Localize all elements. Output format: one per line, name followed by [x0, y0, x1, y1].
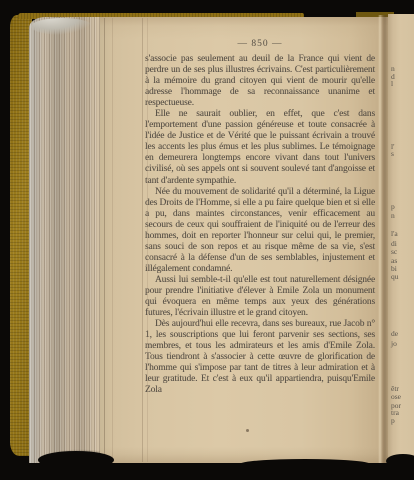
facing-page-text-fragment: ose — [391, 393, 401, 401]
paragraph: Dès aujourd'hui elle recevra, dans ses b… — [145, 319, 375, 396]
open-book-page: — 850 — s'associe pas seulement au deuil… — [100, 17, 390, 463]
page-edge-line — [147, 18, 148, 462]
facing-page-text-fragment: p — [391, 203, 395, 211]
facing-page-text-fragment: jo — [391, 340, 397, 348]
facing-page-text-fragment: l'a — [391, 230, 398, 238]
paragraph: Née du mouvement de solidarité qu'il a d… — [145, 187, 375, 275]
facing-page-text-fragment: n — [391, 212, 395, 220]
paragraph: Elle ne saurait oublier, en effet, que c… — [145, 109, 375, 186]
facing-page-text-fragment: l — [391, 80, 393, 88]
page-number: — 850 — — [145, 39, 375, 49]
paragraph: s'associe pas seulement au deuil de la F… — [145, 54, 375, 109]
page-edge-line — [142, 18, 143, 462]
facing-page-text-fragment: de — [391, 330, 398, 338]
small-ink-speck — [246, 429, 249, 432]
page-stack-fore-edge — [29, 17, 103, 463]
facing-page-text-fragment: p — [391, 417, 395, 425]
background-bottom-band — [0, 463, 414, 480]
book-photo-scene: — 850 — s'associe pas seulement au deuil… — [0, 0, 414, 480]
facing-page-text-fragment: s — [391, 150, 394, 158]
page-edge-line — [112, 18, 113, 462]
page-text-block: s'associe pas seulement au deuil de la F… — [145, 54, 375, 396]
facing-page-text-fragment: sc — [391, 248, 397, 256]
facing-page-text-fragment: qu — [391, 273, 399, 281]
facing-page-sliver: n d l l' s p n l'a di sc as bi qu de jo … — [388, 14, 414, 465]
paragraph: Aussi lui semble-t-il qu'elle est tout n… — [145, 275, 375, 319]
page-edge-line — [104, 18, 105, 462]
